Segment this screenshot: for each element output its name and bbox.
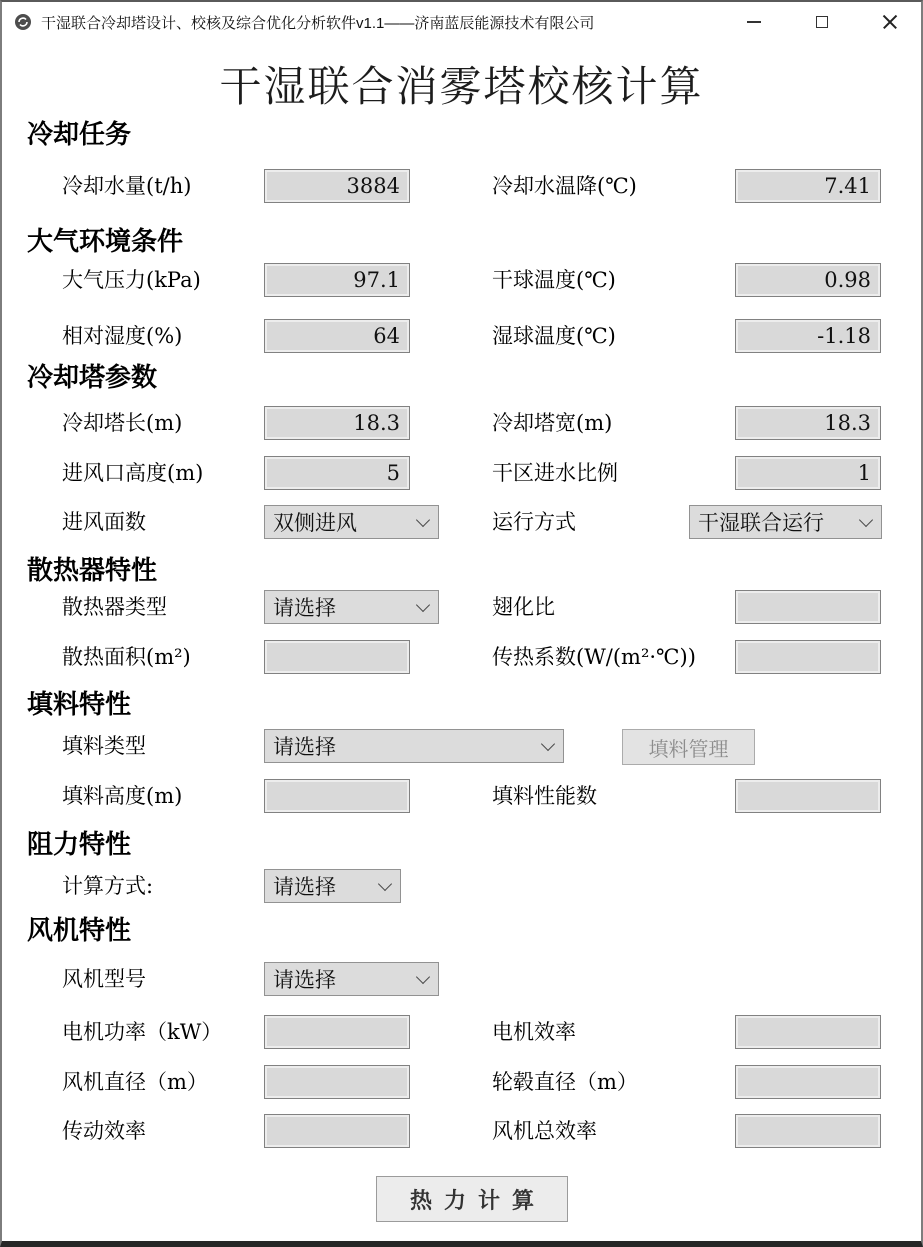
inlet-faces-label: 进风面数 <box>62 505 146 539</box>
inlet-height-input[interactable] <box>264 456 410 490</box>
fill-type-value: 请选择 <box>273 731 336 761</box>
drive-efficiency-label: 传动效率 <box>62 1114 146 1148</box>
hub-diameter-input[interactable] <box>735 1065 881 1099</box>
fill-performance-input[interactable] <box>735 779 881 813</box>
fan-total-efficiency-input[interactable] <box>735 1114 881 1148</box>
heat-transfer-coeff-label: 传热系数(W/(m²·℃)) <box>492 640 696 674</box>
pressure-input[interactable] <box>264 263 410 297</box>
fan-model-label: 风机型号 <box>62 962 146 996</box>
chevron-down-icon <box>416 512 430 526</box>
title-bar: 干湿联合冷却塔设计、校核及综合优化分析软件v1.1——济南蓝辰能源技术有限公司 <box>2 2 921 42</box>
chevron-down-icon <box>416 969 430 983</box>
calc-method-label: 计算方式: <box>62 869 153 903</box>
fan-total-efficiency-label: 风机总效率 <box>492 1114 597 1148</box>
section-resistance: 阻力特性 <box>27 824 131 861</box>
section-cooling-task: 冷却任务 <box>27 114 131 151</box>
thermal-calc-button[interactable]: 热力计算 <box>376 1176 568 1222</box>
tower-width-label: 冷却塔宽(m) <box>492 406 612 440</box>
dry-bulb-label: 干球温度(℃) <box>492 263 616 297</box>
fill-manage-button[interactable]: 填料管理 <box>622 729 755 765</box>
chevron-down-icon <box>859 512 873 526</box>
temp-drop-input[interactable] <box>735 169 881 203</box>
water-flow-label: 冷却水量(t/h) <box>62 169 191 203</box>
dry-water-ratio-input[interactable] <box>735 456 881 490</box>
fill-height-label: 填料高度(m) <box>62 779 182 813</box>
operation-mode-value: 干湿联合运行 <box>698 507 824 537</box>
humidity-label: 相对湿度(%) <box>62 319 182 353</box>
radiator-type-label: 散热器类型 <box>62 590 167 624</box>
pressure-label: 大气压力(kPa) <box>62 263 201 297</box>
radiator-type-value: 请选择 <box>273 592 336 622</box>
calc-method-select[interactable]: 请选择 <box>264 869 401 903</box>
chevron-down-icon <box>378 876 392 890</box>
inlet-height-label: 进风口高度(m) <box>62 456 203 490</box>
app-logo-icon <box>14 13 32 31</box>
chevron-down-icon <box>541 736 555 750</box>
dry-water-ratio-label: 干区进水比例 <box>492 456 618 490</box>
hub-diameter-label: 轮毂直径（m） <box>492 1065 638 1099</box>
window-title: 干湿联合冷却塔设计、校核及综合优化分析软件v1.1——济南蓝辰能源技术有限公司 <box>41 12 594 33</box>
fill-height-input[interactable] <box>264 779 410 813</box>
page-title: 干湿联合消雾塔校核计算 <box>2 54 921 114</box>
motor-power-input[interactable] <box>264 1015 410 1049</box>
wet-bulb-input[interactable] <box>735 319 881 353</box>
fill-type-select[interactable]: 请选择 <box>264 729 564 763</box>
fan-model-value: 请选择 <box>273 964 336 994</box>
close-button[interactable] <box>870 2 910 42</box>
section-fan: 风机特性 <box>27 910 131 947</box>
section-atmosphere: 大气环境条件 <box>27 221 183 258</box>
tower-length-input[interactable] <box>264 406 410 440</box>
fan-model-select[interactable]: 请选择 <box>264 962 439 996</box>
radiator-area-input[interactable] <box>264 640 410 674</box>
operation-mode-label: 运行方式 <box>492 505 576 539</box>
radiator-type-select[interactable]: 请选择 <box>264 590 439 624</box>
motor-efficiency-input[interactable] <box>735 1015 881 1049</box>
temp-drop-label: 冷却水温降(℃) <box>492 169 637 203</box>
minimize-button[interactable] <box>734 2 774 42</box>
wet-bulb-label: 湿球温度(℃) <box>492 319 616 353</box>
inlet-faces-select[interactable]: 双侧进风 <box>264 505 439 539</box>
inlet-faces-value: 双侧进风 <box>273 507 357 537</box>
calc-method-value: 请选择 <box>273 871 336 901</box>
dry-bulb-input[interactable] <box>735 263 881 297</box>
section-fill: 填料特性 <box>27 684 131 721</box>
fill-type-label: 填料类型 <box>62 729 146 763</box>
tower-width-input[interactable] <box>735 406 881 440</box>
operation-mode-select[interactable]: 干湿联合运行 <box>689 505 882 539</box>
motor-power-label: 电机功率（kW） <box>62 1015 222 1049</box>
fan-diameter-label: 风机直径（m） <box>62 1065 208 1099</box>
water-flow-input[interactable] <box>264 169 410 203</box>
chevron-down-icon <box>416 597 430 611</box>
app-window: 干湿联合冷却塔设计、校核及综合优化分析软件v1.1——济南蓝辰能源技术有限公司 … <box>0 0 923 1247</box>
fill-performance-label: 填料性能数 <box>492 779 597 813</box>
heat-transfer-coeff-input[interactable] <box>735 640 881 674</box>
radiator-area-label: 散热面积(m²) <box>62 640 191 674</box>
motor-efficiency-label: 电机效率 <box>492 1015 576 1049</box>
fin-ratio-label: 翅化比 <box>492 590 555 624</box>
tower-length-label: 冷却塔长(m) <box>62 406 182 440</box>
fan-diameter-input[interactable] <box>264 1065 410 1099</box>
maximize-icon <box>816 16 828 28</box>
minimize-icon <box>747 21 761 23</box>
close-icon <box>882 14 898 30</box>
fin-ratio-input[interactable] <box>735 590 881 624</box>
section-tower-params: 冷却塔参数 <box>27 357 157 394</box>
section-radiator: 散热器特性 <box>27 550 157 587</box>
drive-efficiency-input[interactable] <box>264 1114 410 1148</box>
maximize-button[interactable] <box>802 2 842 42</box>
humidity-input[interactable] <box>264 319 410 353</box>
